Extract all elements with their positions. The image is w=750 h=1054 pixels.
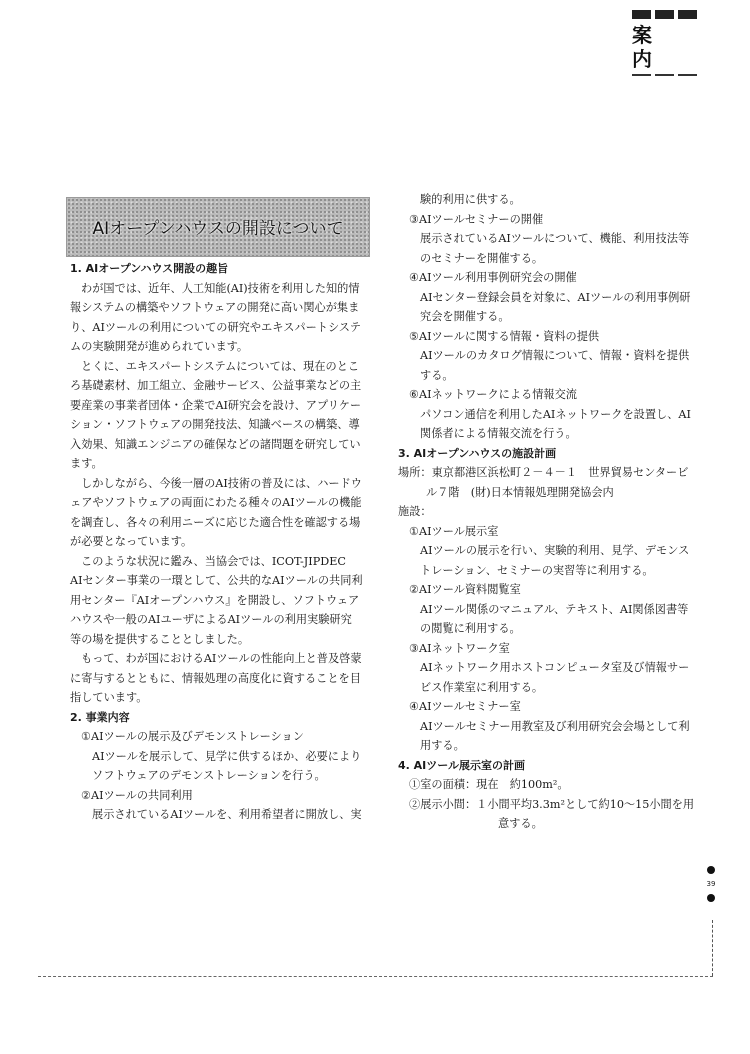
text-line: 場所：東京都港区浜松町２－４－１ 世界貿易センタービ (398, 463, 704, 483)
page-frame-right-edge (712, 920, 713, 976)
text-line: AIツールの展示を行い、実験的利用、見学、デモンス (398, 541, 704, 561)
text-line: を調査し、各々の利用ニーズに応じた適合性を確認する場 (70, 513, 370, 533)
section-heading: 1. AIオープンハウス開設の趣旨 (70, 259, 370, 279)
text-line: 等の場を提供することとしました。 (70, 630, 370, 650)
text-line: ①AIツール展示室 (398, 522, 704, 542)
section-heading: 4. AIツール展示室の計画 (398, 756, 704, 776)
bullet-dot-icon (707, 894, 715, 902)
text-line: 展示されているAIツールについて、機能、利用技法等 (398, 229, 704, 249)
text-line: り、AIツールの利用についての研究やエキスパートシステ (70, 318, 370, 338)
text-line: ③AIネットワーク室 (398, 639, 704, 659)
text-line: 指しています。 (70, 688, 370, 708)
text-line: もって、わが国におけるAIツールの性能向上と普及啓蒙 (70, 649, 370, 669)
text-line: に寄与するとともに、情報処理の高度化に資することを目 (70, 669, 370, 689)
section-tag: 案 内 (632, 10, 698, 76)
text-line: ②AIツールの共同利用 (70, 786, 370, 806)
text-line: 用する。 (398, 736, 704, 756)
text-line: ムの実験開発が進められています。 (70, 337, 370, 357)
text-line: する。 (398, 366, 704, 386)
right-column: 験的利用に供する。③AIツールセミナーの開催展示されているAIツールについて、機… (398, 190, 704, 834)
article-title: AIオープンハウスの開設について (67, 214, 369, 239)
section-heading: 2. 事業内容 (70, 708, 370, 728)
text-line: の閲覧に利用する。 (398, 619, 704, 639)
text-line: ェアやソフトウェアの両面にわたる種々のAIツールの機能 (70, 493, 370, 513)
text-line: ②AIツール資料閲覧室 (398, 580, 704, 600)
text-line: AIツールのカタログ情報について、情報・資料を提供 (398, 346, 704, 366)
text-line: 要産業の事業者団体・企業でAI研究会を設け、アプリケー (70, 396, 370, 416)
text-line: 関係者による情報交流を行う。 (398, 424, 704, 444)
text-line: ⑤AIツールに関する情報・資料の提供 (398, 327, 704, 347)
text-line: しかしながら、今後一層のAI技術の普及には、ハードウ (70, 474, 370, 494)
text-line: ③AIツールセミナーの開催 (398, 210, 704, 230)
text-line: 験的利用に供する。 (398, 190, 704, 210)
section-tag-underline (632, 74, 698, 76)
left-column: 1. AIオープンハウス開設の趣旨わが国では、近年、人工知能(AI)技術を利用し… (70, 259, 370, 825)
text-line: AIツールセミナー用教室及び利用研究会会場として利 (398, 717, 704, 737)
text-line: ビス作業室に利用する。 (398, 678, 704, 698)
text-line: このような状況に鑑み、当協会では、ICOT-JIPDEC (70, 552, 370, 572)
text-line: とくに、エキスパートシステムについては、現在のとこ (70, 357, 370, 377)
text-line: わが国では、近年、人工知能(AI)技術を利用した知的情 (70, 279, 370, 299)
text-line: ①室の面積：現在 約100m²。 (398, 775, 704, 795)
text-line: 報システムの構築やソフトウェアの開発に高い関心が集ま (70, 298, 370, 318)
text-line: 究会を開催する。 (398, 307, 704, 327)
text-line: ④AIツールセミナー室 (398, 697, 704, 717)
text-line: AIツールを展示して、見学に供するほか、必要により (70, 747, 370, 767)
text-line: AIツール関係のマニュアル、テキスト、AI関係図書等 (398, 600, 704, 620)
article-title-banner: AIオープンハウスの開設について (66, 197, 370, 257)
text-line: トレーション、セミナーの実習等に利用する。 (398, 561, 704, 581)
text-line: AIネットワーク用ホストコンピュータ室及び情報サー (398, 658, 704, 678)
text-line: ①AIツールの展示及びデモンストレーション (70, 727, 370, 747)
text-line: AIセンター登録会員を対象に、AIツールの利用事例研 (398, 288, 704, 308)
text-line: ろ基礎素材、加工組立、金融サービス、公益事業などの主 (70, 376, 370, 396)
section-tag-bars (632, 10, 698, 19)
text-line: AIセンター事業の一環として、公共的なAIツールの共同利 (70, 571, 370, 591)
text-line: ソフトウェアのデモンストレーションを行う。 (70, 766, 370, 786)
text-line: 入効果、知識エンジニアの確保などの諸問題を研究してい (70, 435, 370, 455)
text-line: ル７階 (財)日本情報処理開発協会内 (398, 483, 704, 503)
section-heading: 3. AIオープンハウスの施設計画 (398, 444, 704, 464)
text-line: パソコン通信を利用したAIネットワークを設置し、AI (398, 405, 704, 425)
text-line: ④AIツール利用事例研究会の開催 (398, 268, 704, 288)
text-line: が必要となっています。 (70, 532, 370, 552)
text-line: ション・ソフトウェアの開発技法、知識ベースの構築、導 (70, 415, 370, 435)
page-frame-bottom-edge (38, 976, 713, 977)
page-number: 39 (704, 880, 718, 888)
text-line: のセミナーを開催する。 (398, 249, 704, 269)
text-line: 意する。 (398, 814, 704, 834)
text-line: ②展示小間：１小間平均3.3m²として約10～15小間を用 (398, 795, 704, 815)
text-line: 施設： (398, 502, 704, 522)
bullet-dot-icon (707, 866, 715, 874)
text-line: 用センター『AIオープンハウス』を開設し、ソフトウェア (70, 591, 370, 611)
text-line: ハウスや一般のAIユーザによるAIツールの利用実験研究 (70, 610, 370, 630)
section-label: 案 内 (632, 23, 698, 71)
text-line: ます。 (70, 454, 370, 474)
page-marker: 39 (704, 866, 718, 902)
text-line: 展示されているAIツールを、利用希望者に開放し、実 (70, 805, 370, 825)
text-line: ⑥AIネットワークによる情報交流 (398, 385, 704, 405)
